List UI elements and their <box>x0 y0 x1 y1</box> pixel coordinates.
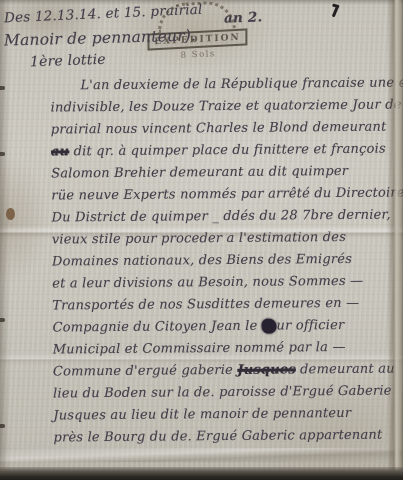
manuscript-line: Transportés de nos Susdittes demeures en… <box>52 295 397 320</box>
ink-stain <box>6 208 15 220</box>
binding-stitch <box>0 86 5 90</box>
line-text: Compagnie du Citoyen Jean le <box>52 319 261 336</box>
manuscript-line: Domaines nationaux, des Biens des Emigré… <box>52 251 397 276</box>
strikethrough-text: au <box>51 144 69 159</box>
ink-blot: D <box>262 319 277 334</box>
binding-stitch <box>0 318 5 322</box>
manuscript-line: indivisible, les Douze Traize et quatorz… <box>51 98 396 123</box>
line-text: Commune d'ergué gaberie <box>53 363 238 380</box>
manuscript-body: L'an deuxieme de la République francaise… <box>50 76 398 453</box>
corner-ink-mark-icon <box>327 3 340 19</box>
manuscript-line: et a leur divisions au Besoin, nous Somm… <box>52 273 397 298</box>
line-text: ur officier <box>276 318 344 334</box>
manuscript-line: au dit qr. à quimper place du finittere … <box>51 141 396 166</box>
line-text: dit qr. à quimper place du finittere et … <box>69 142 386 160</box>
strikethrough-text: Jusques <box>237 362 296 378</box>
manuscript-line: Compagnie du Citoyen Jean le Dur officie… <box>52 317 397 342</box>
lot-number: 1ère lottie <box>30 52 106 71</box>
manuscript-line: Municipal et Commissaire nommé par la — <box>53 339 398 364</box>
manuscript-line: vieux stile pour proceder a l'estimation… <box>52 229 397 254</box>
manuscript-line: rüe neuve Experts nommés par arrêté du D… <box>51 185 396 210</box>
manuscript-line: Du District de quimper _ ddés du 28 7bre… <box>52 207 397 232</box>
bottom-shadow <box>0 467 403 480</box>
manuscript-line: près le Bourg du de. Ergué Gaberic appar… <box>53 427 398 452</box>
manuscript-page: Des 12.13.14. et 15. prairial an 2. EXPE… <box>0 0 403 480</box>
manuscript-line: Salomon Brehier demeurant au dit quimper <box>51 163 396 188</box>
left-binding-edge <box>0 0 10 480</box>
binding-stitch <box>0 424 5 428</box>
line-text: demeurant au <box>296 362 395 378</box>
manuscript-line: Commune d'ergué gaberie Jusques demeuran… <box>53 361 398 386</box>
manuscript-line: L'an deuxieme de la République francaise… <box>50 76 395 101</box>
manuscript-line: prairial nous vincent Charles le Blond d… <box>51 120 396 145</box>
manuscript-line: lieu du Boden sur la de. paroisse d'Ergu… <box>53 383 398 408</box>
binding-stitch <box>0 152 5 156</box>
manuscript-line: Jusques au lieu dit le manoir de pennant… <box>53 405 398 430</box>
